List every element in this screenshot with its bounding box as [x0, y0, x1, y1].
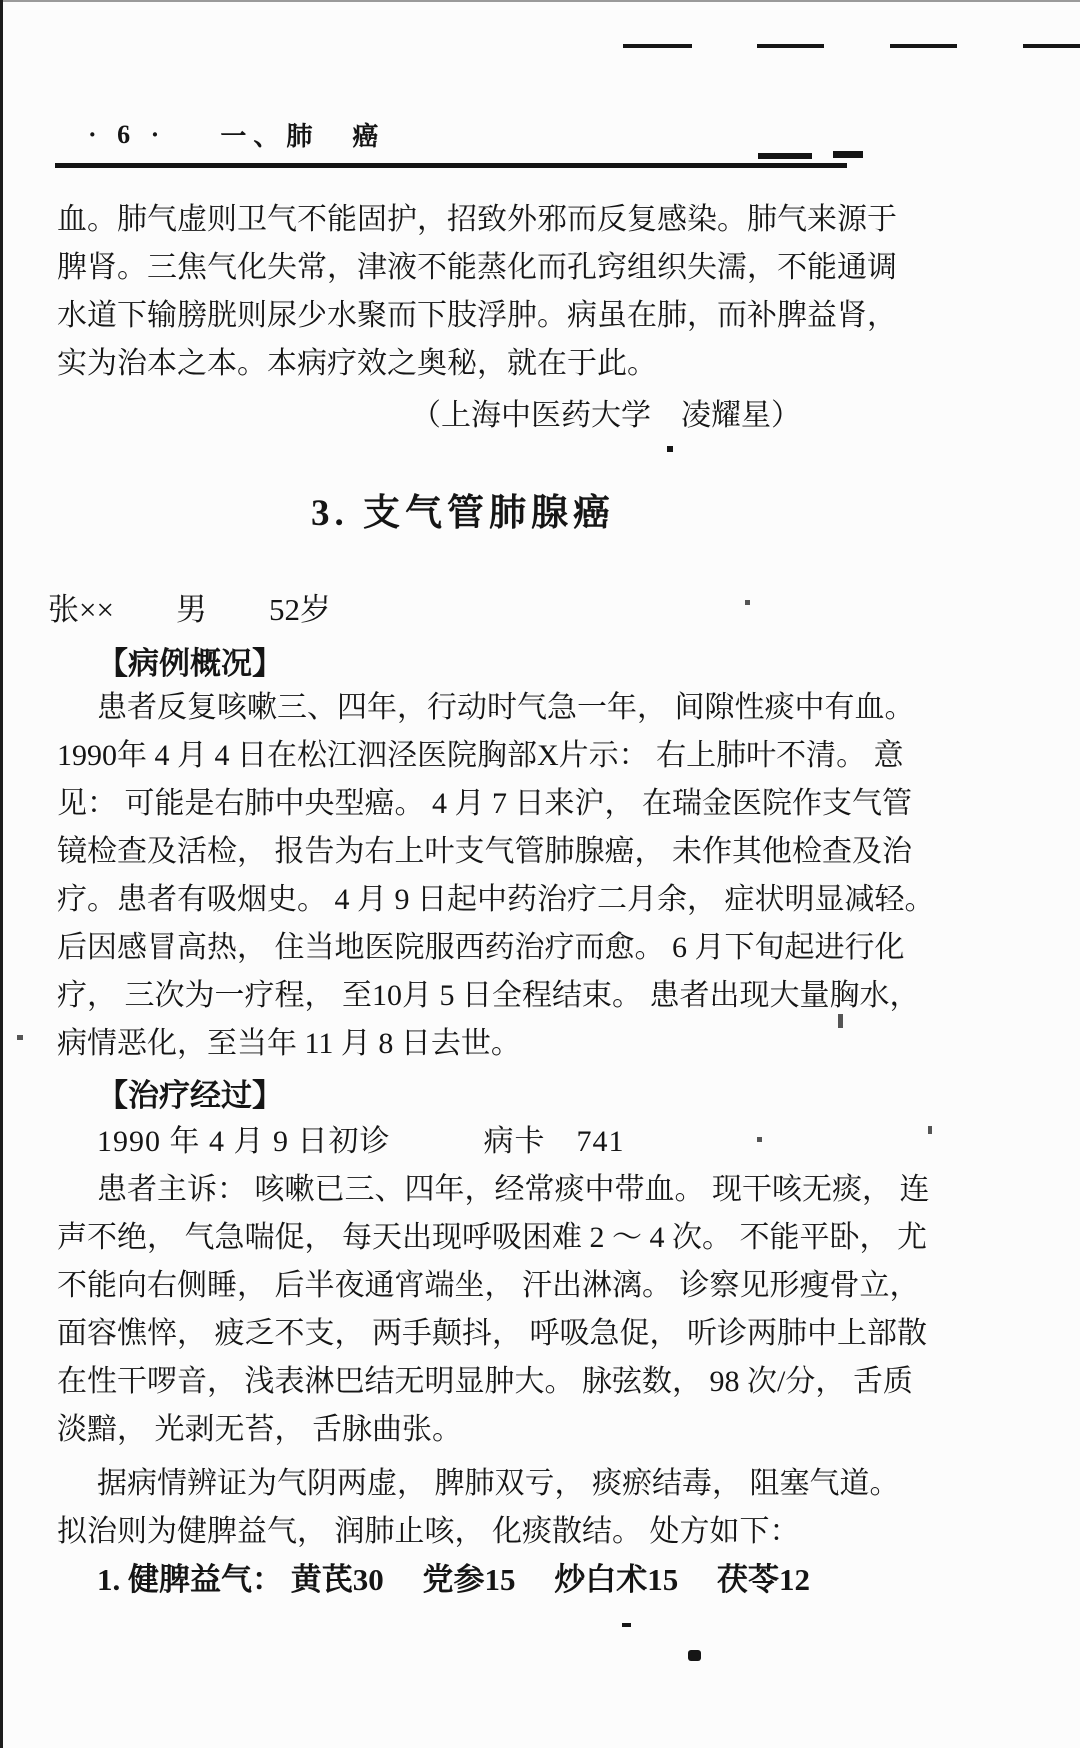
scanned-page: · 6 · 一、肺 癌 血。肺气虚则卫气不能固护，招致外邪而反复感染。肺气来源于… — [0, 0, 1080, 1748]
overview-line: 疗， 三次为一疗程， 至10月 5 日全程结束。 患者出现大量胸水， — [57, 972, 869, 1020]
scan-artifact-dot — [622, 1623, 631, 1627]
scan-artifact-dot — [688, 1650, 701, 1661]
overview-heading: 【病例概况】 — [97, 640, 283, 688]
section-title: 3. 支气管肺腺癌 — [57, 488, 869, 540]
author-attribution: （上海中医药大学 凌耀星） — [57, 392, 847, 440]
scan-artifact-dash — [757, 44, 824, 48]
overview-line: 镜检查及活检， 报告为右上叶支气管肺腺癌， 未作其他检查及治 — [57, 828, 869, 876]
scan-artifact-dot — [757, 1137, 762, 1142]
overview-line: 疗。患者有吸烟史。 4 月 9 日起中药治疗二月余， 症状明显减轻。 — [57, 876, 869, 924]
complaint-line: 声不绝， 气急喘促， 每天出现呼吸困难 2 ～ 4 次。 不能平卧， 尤 — [57, 1214, 869, 1262]
complaint-line: 面容憔悴， 疲乏不支， 两手颠抖， 呼吸急促， 听诊两肺中上部散 — [57, 1310, 869, 1358]
scan-artifact-dot — [745, 600, 750, 605]
overview-line: 病情恶化，至当年 11 月 8 日去世。 — [57, 1020, 869, 1068]
intro-line: 血。肺气虚则卫气不能固护，招致外邪而反复感染。肺气来源于 — [57, 196, 869, 244]
plan-paragraph: 据病情辨证为气阴两虚， 脾肺双亏， 痰瘀结毒， 阻塞气道。 拟治则为健脾益气， … — [57, 1460, 869, 1556]
complaint-line: 不能向右侧睡， 后半夜通宵端坐， 汗出淋漓。 诊察见形瘦骨立， — [57, 1262, 869, 1310]
intro-line: 脾肾。三焦气化失常，津液不能蒸化而孔窍组织失濡，不能通调 — [57, 244, 869, 292]
complaint-line: 患者主诉： 咳嗽已三、四年，经常痰中带血。 现干咳无痰， 连 — [57, 1166, 869, 1214]
chapter-title: 一、肺 癌 — [220, 116, 385, 153]
scan-edge-left — [0, 0, 3, 1748]
complaint-line: 淡黯， 光剥无苔， 舌脉曲张。 — [57, 1406, 869, 1454]
treatment-heading: 【治疗经过】 — [97, 1072, 283, 1120]
scan-edge-top — [0, 0, 1080, 2]
intro-line: 水道下输膀胱则尿少水聚而下肢浮肿。病虽在肺，而补脾益肾， — [57, 292, 869, 340]
scan-artifact-dot — [667, 446, 673, 452]
complaint-line: 在性干啰音， 浅表淋巴结无明显肿大。 脉弦数， 98 次/分， 舌质 — [57, 1358, 869, 1406]
scan-artifact-dot — [17, 1035, 23, 1040]
plan-line: 拟治则为健脾益气， 润肺止咳， 化痰散结。 处方如下： — [57, 1508, 869, 1556]
page-number: · 6 · — [88, 120, 166, 150]
overview-line: 见： 可能是右肺中央型癌。 4 月 7 日来沪， 在瑞金医院作支气管 — [57, 780, 869, 828]
scan-artifact-dot — [928, 1126, 932, 1134]
intro-line: 实为治本之本。本病疗效之奥秘，就在于此。 — [57, 340, 869, 388]
first-visit-record: 1990 年 4 月 9 日初诊 病卡 741 — [97, 1118, 625, 1166]
prescription-item: 1. 健脾益气： 黄芪30 党参15 炒白术15 茯苓12 — [97, 1556, 810, 1604]
scan-artifact-dash — [623, 44, 692, 48]
scan-artifact-dot — [838, 1014, 843, 1028]
scan-artifact-dash — [1023, 44, 1080, 48]
header-rule-dash — [833, 151, 863, 158]
overview-line: 患者反复咳嗽三、四年，行动时气急一年， 间隙性痰中有血。 — [57, 684, 869, 732]
intro-paragraph: 血。肺气虚则卫气不能固护，招致外邪而反复感染。肺气来源于 脾肾。三焦气化失常，津… — [57, 196, 869, 388]
running-head: · 6 · 一、肺 癌 — [88, 116, 385, 153]
header-rule-dash — [758, 153, 812, 159]
overview-line: 后因感冒高热， 住当地医院服西药治疗而愈。 6 月下旬起进行化 — [57, 924, 869, 972]
scan-artifact-dash — [890, 44, 957, 48]
overview-paragraph: 患者反复咳嗽三、四年，行动时气急一年， 间隙性痰中有血。 1990年 4 月 4… — [57, 684, 869, 1068]
overview-line: 1990年 4 月 4 日在松江泗泾医院胸部X片示： 右上肺叶不清。 意 — [57, 732, 869, 780]
patient-info: 张×× 男 52岁 — [48, 586, 331, 634]
plan-line: 据病情辨证为气阴两虚， 脾肺双亏， 痰瘀结毒， 阻塞气道。 — [57, 1460, 869, 1508]
complaint-paragraph: 患者主诉： 咳嗽已三、四年，经常痰中带血。 现干咳无痰， 连 声不绝， 气急喘促… — [57, 1166, 869, 1454]
header-rule — [55, 163, 847, 168]
